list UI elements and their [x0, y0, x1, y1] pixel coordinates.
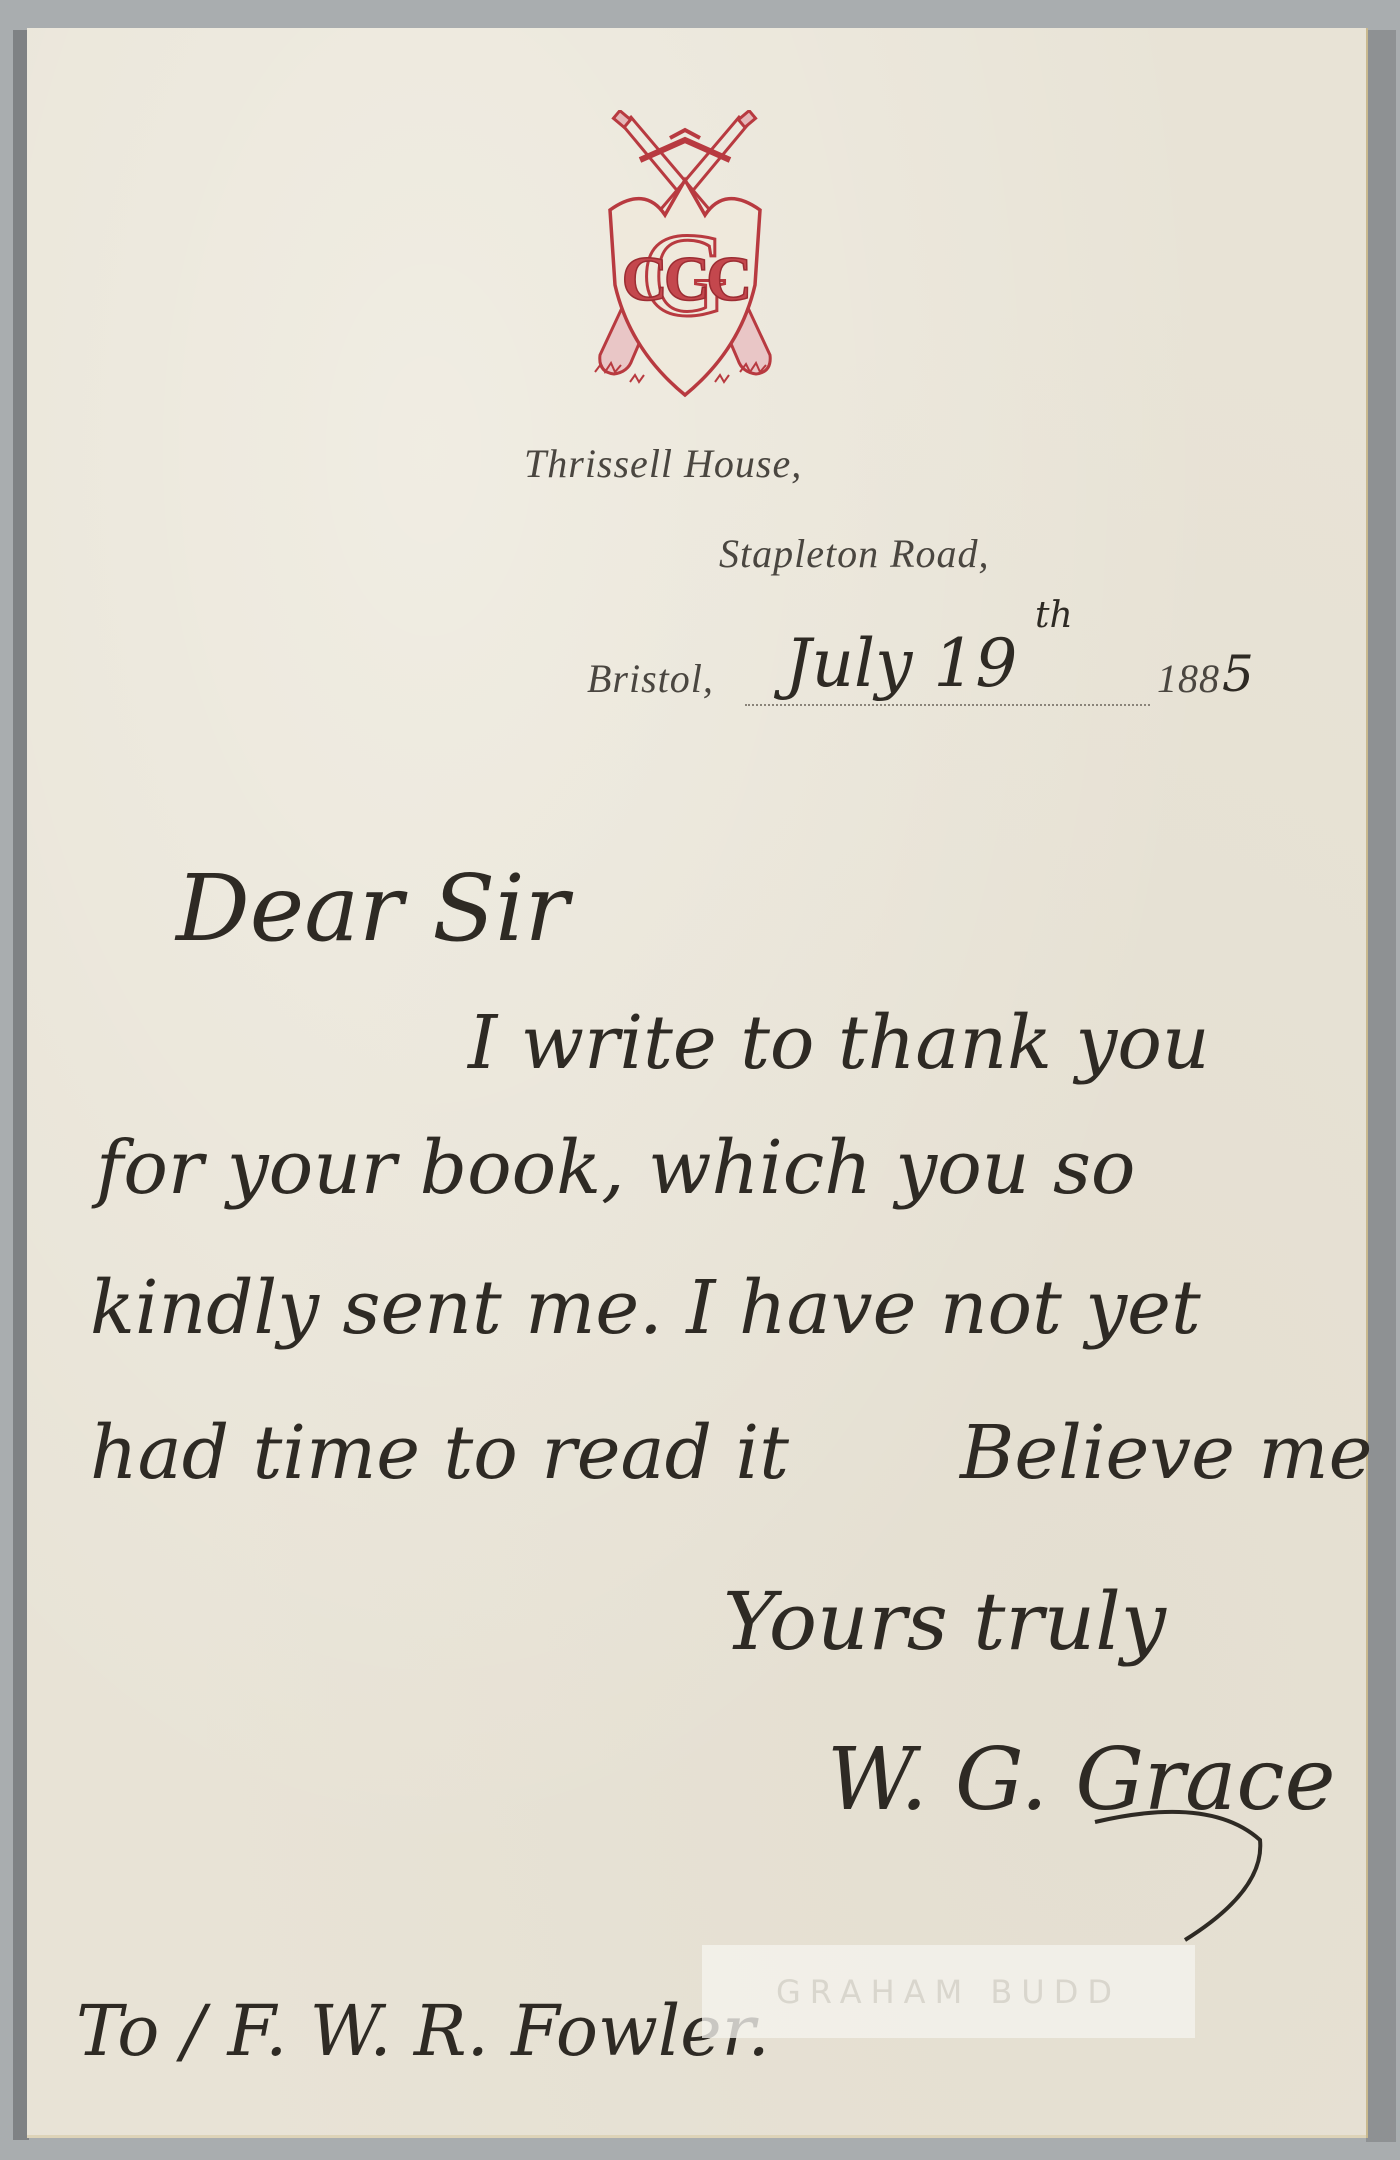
watermark-text: GRAHAM BUDD: [776, 1973, 1121, 2011]
closing: Yours truly: [723, 1575, 1166, 1668]
svg-text:CCC: CCC: [622, 243, 749, 314]
address-line-2: Stapleton Road,: [719, 530, 990, 577]
date-ordinal-suffix: th: [1035, 595, 1073, 636]
cricket-club-crest-icon: G CCC: [590, 110, 780, 400]
signature-flourish-icon: [1090, 1800, 1270, 1950]
date-dotted-line: [745, 704, 1150, 706]
printed-year: 188: [1157, 655, 1220, 702]
mount-shadow-right: [1366, 30, 1396, 2142]
body-line-5: Believe me: [960, 1410, 1372, 1496]
handwritten-date: July 19: [785, 625, 1017, 702]
body-line-3: kindly sent me. I have not yet: [90, 1265, 1201, 1351]
address-line-1: Thrissell House,: [524, 440, 802, 487]
body-line-2: for your book, which you so: [96, 1125, 1135, 1211]
body-line-4: had time to read it: [90, 1410, 789, 1496]
salutation: Dear Sir: [176, 855, 569, 962]
watermark-box: GRAHAM BUDD: [702, 1945, 1195, 2038]
body-line-1: I write to thank you: [468, 1000, 1210, 1086]
address-place: Bristol,: [587, 655, 714, 702]
handwritten-year-digit: 5: [1222, 645, 1254, 703]
addressee: To / F. W. R. Fowler.: [76, 1990, 770, 2072]
